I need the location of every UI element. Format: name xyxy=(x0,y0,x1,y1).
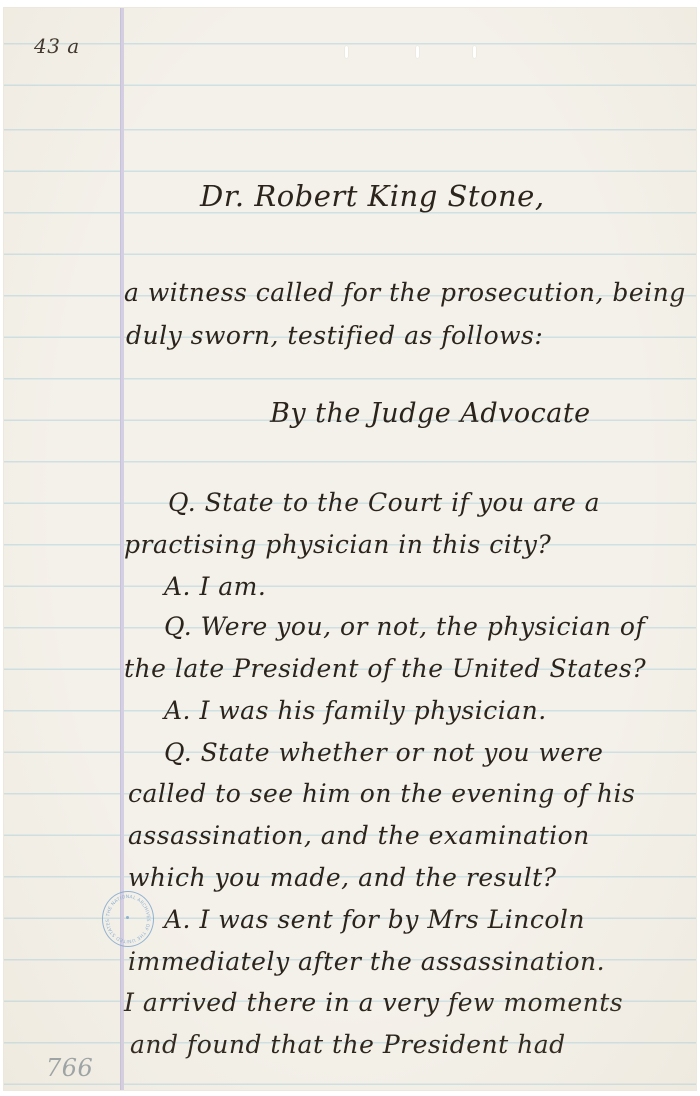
stamp-ring-text-icon: THE NATIONAL ARCHIVES OF THE UNITED STAT… xyxy=(101,890,155,948)
testimony-line: A. I was sent for by Mrs Lincoln xyxy=(164,905,585,934)
testimony-line: A. I was his family physician. xyxy=(164,696,547,725)
national-archives-stamp: THE NATIONAL ARCHIVES OF THE UNITED STAT… xyxy=(102,891,154,947)
testimony-line: I arrived there in a very few moments xyxy=(124,988,623,1017)
punch-hole xyxy=(416,46,419,58)
witness-name: Dr. Robert King Stone, xyxy=(200,179,545,213)
intro-line: duly sworn, testified as follows: xyxy=(126,321,543,350)
testimony-line: Q. Were you, or not, the physician of xyxy=(164,612,645,641)
catalog-number: 766 xyxy=(46,1054,93,1082)
testimony-line: which you made, and the result? xyxy=(128,863,557,892)
testimony-line: assassination, and the examination xyxy=(128,821,590,850)
punch-hole xyxy=(345,46,348,58)
svg-text:THE NATIONAL ARCHIVES OF THE U: THE NATIONAL ARCHIVES OF THE UNITED STAT… xyxy=(105,894,151,944)
testimony-line: the late President of the United States? xyxy=(124,654,646,683)
testimony-line: Q. State whether or not you were xyxy=(164,738,603,767)
testimony-line: A. I am. xyxy=(164,572,266,601)
intro-line: a witness called for the prosecution, be… xyxy=(124,278,686,307)
testimony-line: immediately after the assassination. xyxy=(128,947,605,976)
stamp-center-dot xyxy=(126,916,129,919)
testimony-line: called to see him on the evening of his xyxy=(128,779,635,808)
punch-hole xyxy=(473,46,476,58)
testimony-line: Q. State to the Court if you are a xyxy=(168,488,600,517)
examiner-heading: By the Judge Advocate xyxy=(270,398,591,429)
testimony-line: and found that the President had xyxy=(130,1030,566,1059)
testimony-line: practising physician in this city? xyxy=(124,530,551,559)
manuscript-page: 43 a Dr. Robert King Stone, a witness ca… xyxy=(4,8,696,1090)
folio-mark: 43 a xyxy=(34,34,80,58)
